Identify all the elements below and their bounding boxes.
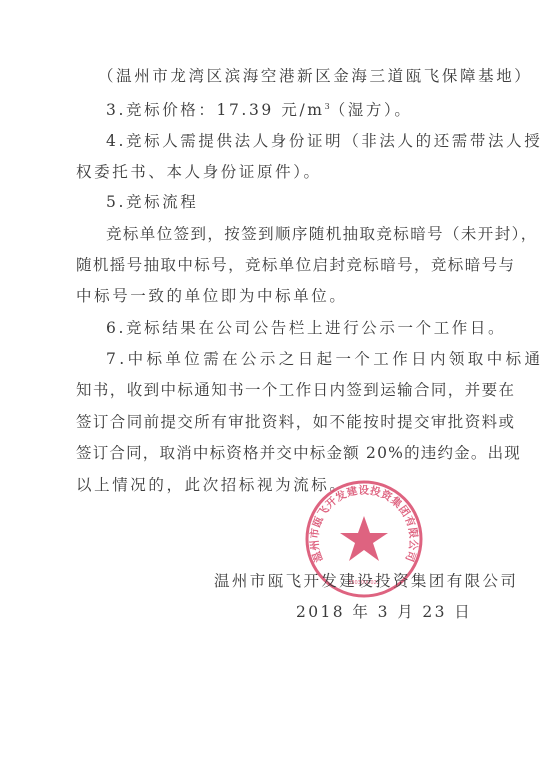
paragraph-item7-line2: 知书，收到中标通知书一个工作日内签到运输合同，并要在 <box>76 380 515 400</box>
paragraph-item7-line1: 7.中标单位需在公示之日起一个工作日内领取中标通 <box>106 349 543 369</box>
paragraph-item4-line1: 4.竞标人需提供法人身份证明（非法人的还需带法人授 <box>106 131 542 151</box>
item3-suffix: （湿方）。 <box>330 101 413 119</box>
paragraph-item5-title: 5.竞标流程 <box>106 192 198 212</box>
paragraph-item5-line1: 竞标单位签到，按签到顺序随机抽取竞标暗号（未开封）， <box>106 224 538 244</box>
paragraph-item3: 3.竞标价格：17.39 元/m3（湿方）。 <box>106 97 412 120</box>
paragraph-item4-line2: 权委托书、本人身份证原件）。 <box>76 162 322 182</box>
red-star-icon <box>340 516 388 561</box>
signature-company: 温州市瓯飞开发建设投资集团有限公司 <box>214 569 518 591</box>
item3-price-text: 3.竞标价格：17.39 元/m <box>106 101 325 119</box>
paragraph-item5-line3: 中标号一致的单位即为中标单位。 <box>76 286 348 306</box>
paragraph-item7-line4: 签订合同，取消中标资格并交中标金额 20%的违约金。出现 <box>76 443 521 463</box>
paragraph-item6: 6.竞标结果在公司公告栏上进行公示一个工作日。 <box>106 318 506 338</box>
paragraph-item5-line2: 随机摇号抽取中标号，竞标单位启封竞标暗号，竞标暗号与 <box>76 255 515 275</box>
paragraph-item7-line3: 签订合同前提交所有审批资料，如不能按时提交审批资料或 <box>76 412 515 432</box>
document-page: （温州市龙湾区滨海空港新区金海三道瓯飞保障基地） 3.竞标价格：17.39 元/… <box>0 0 546 780</box>
signature-date: 2018 年 3 月 23 日 <box>296 600 472 622</box>
paragraph-location: （温州市龙湾区滨海空港新区金海三道瓯飞保障基地） <box>98 66 532 86</box>
